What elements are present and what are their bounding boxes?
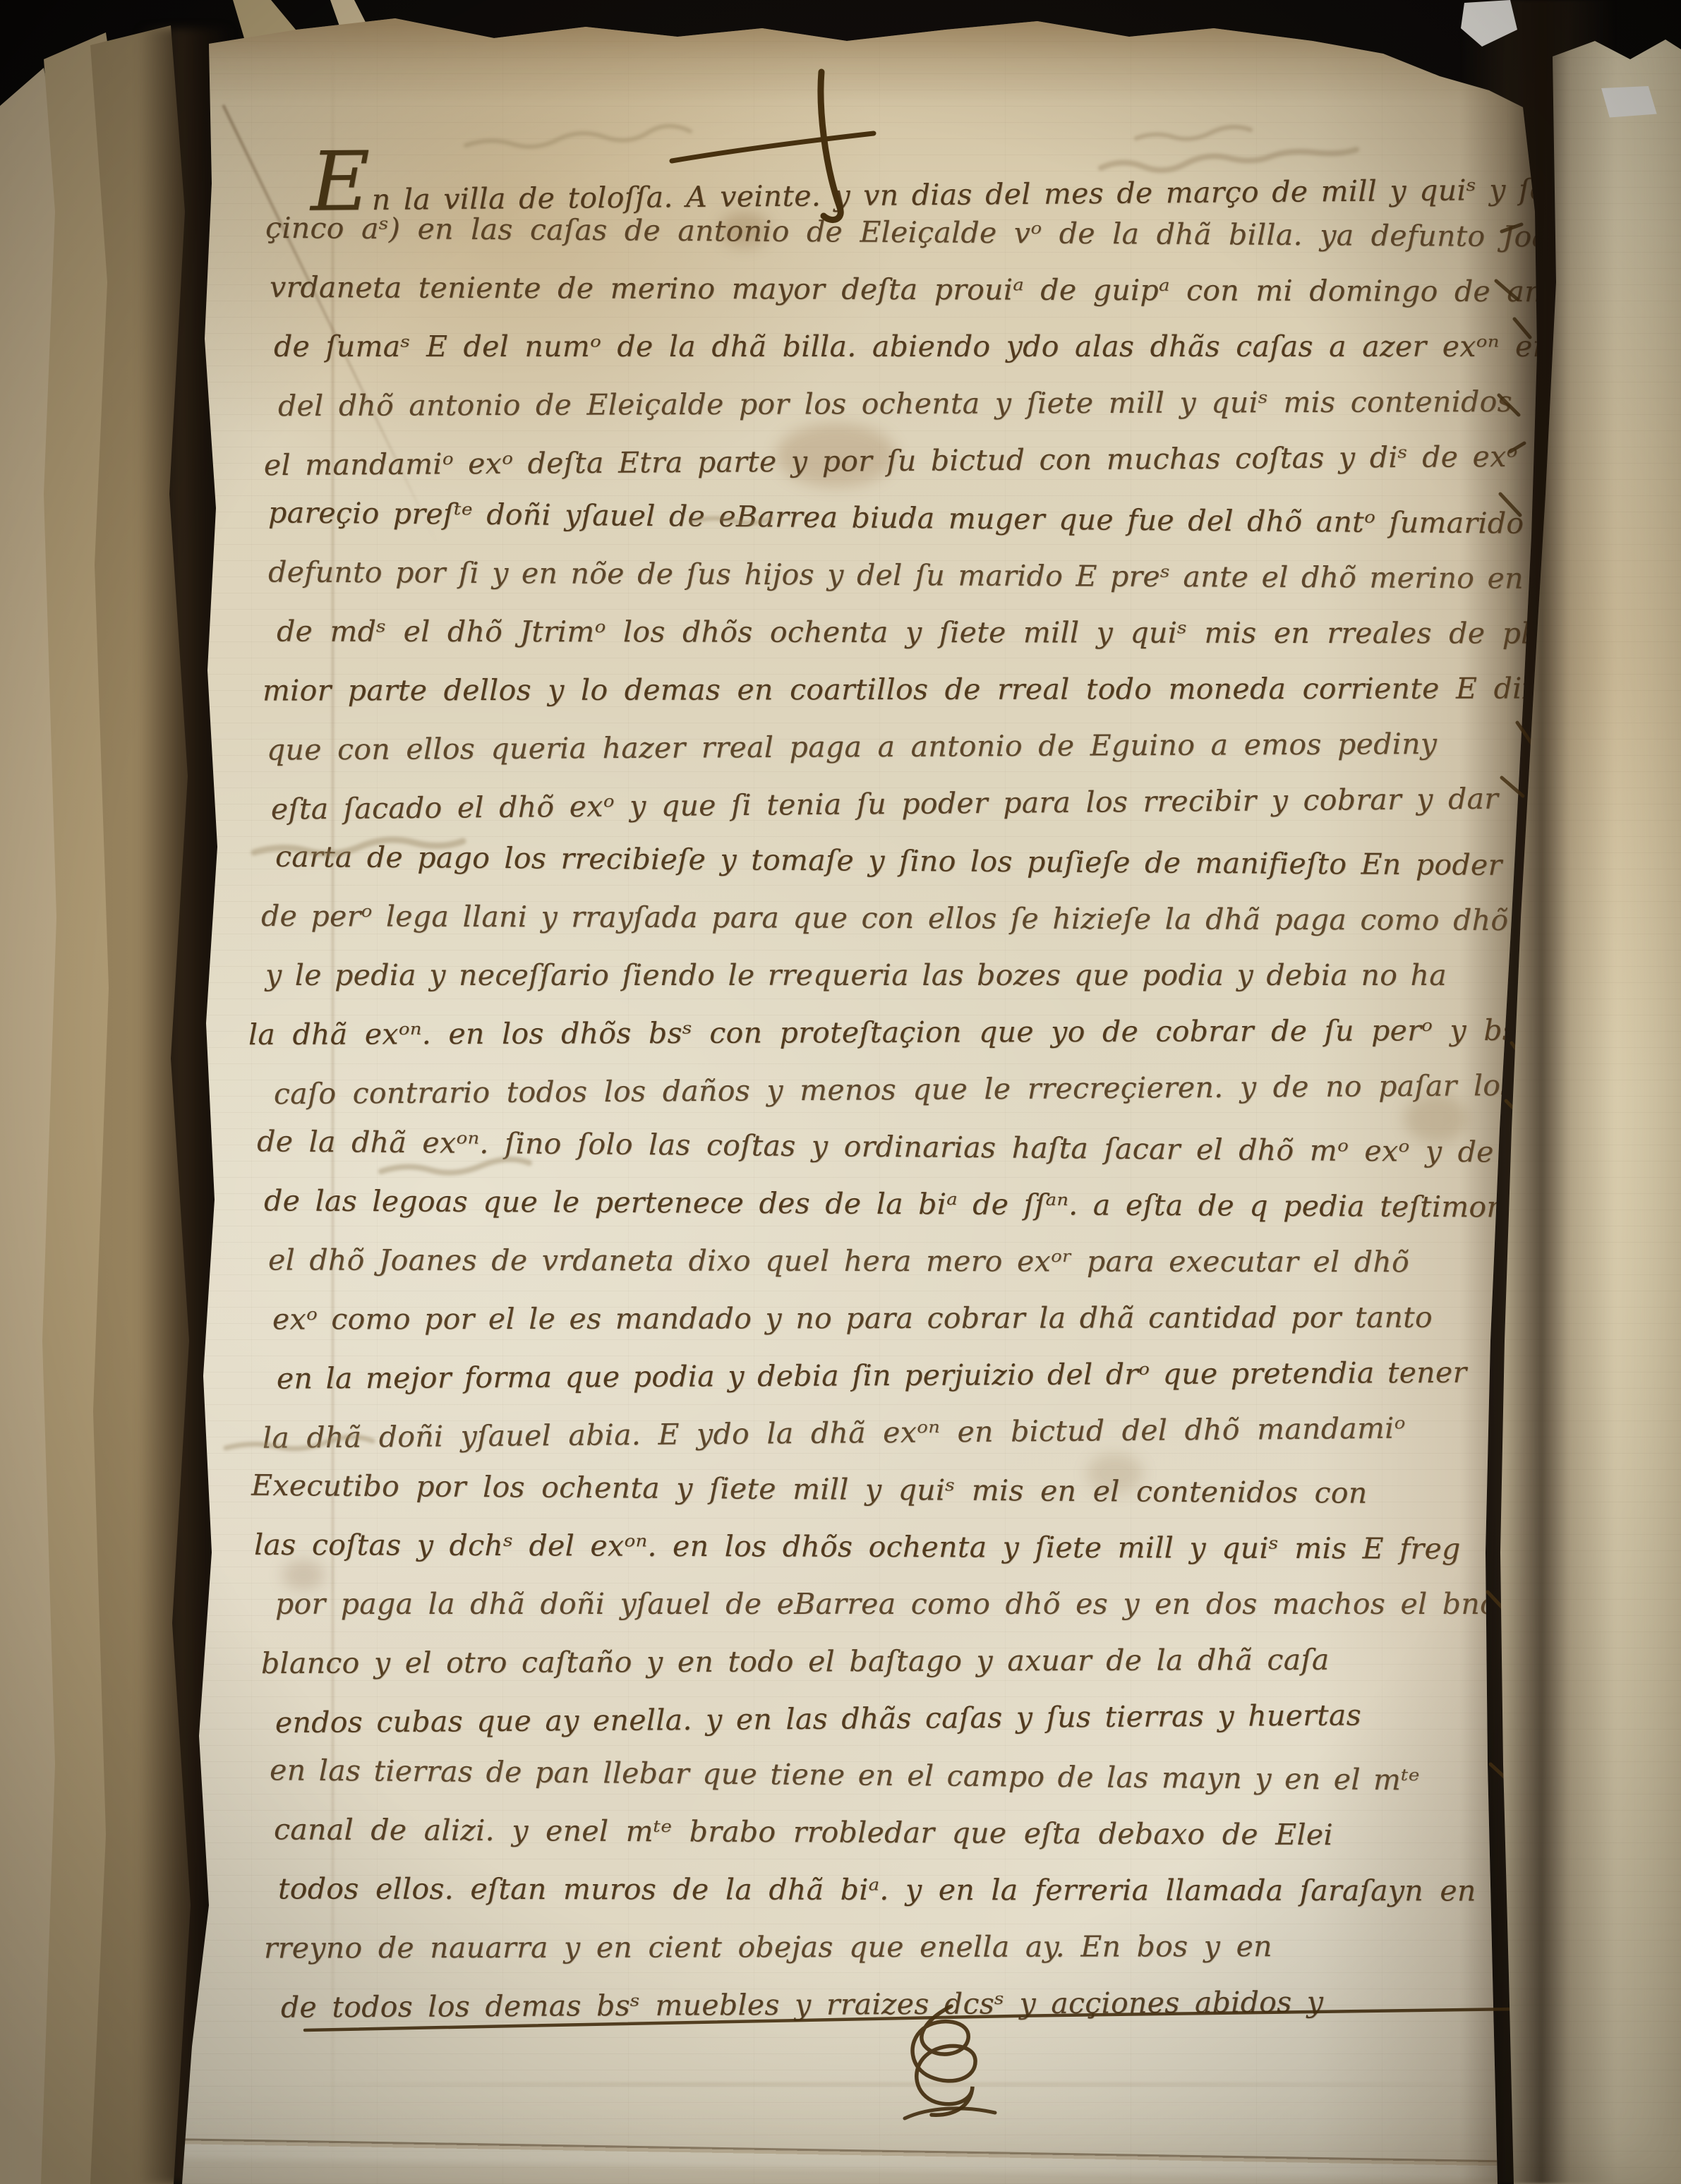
photo-background: En la villa de toloſſa. A veinte. y vn d… [0,0,1681,2184]
photo-vignette [0,0,1681,2184]
